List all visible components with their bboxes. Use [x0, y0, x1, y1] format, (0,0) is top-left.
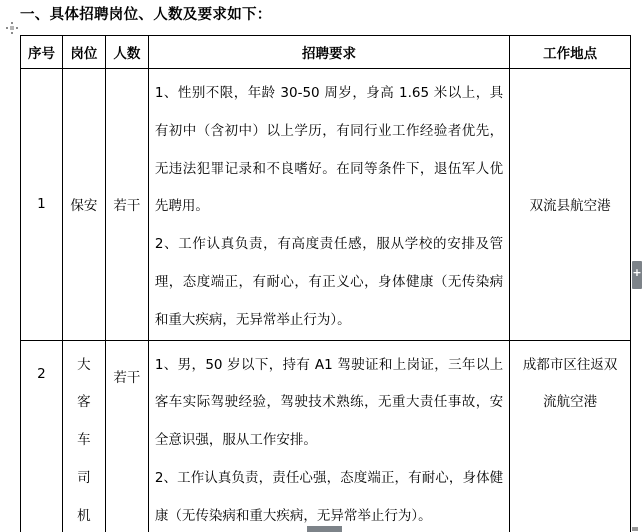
row-index: 1	[21, 69, 63, 341]
row-requirements: 1、性别不限，年龄 30-50 周岁，身高 1.65 米以上，具有初中（含初中）…	[148, 69, 509, 341]
header-index: 序号	[21, 36, 63, 69]
section-heading: 一、具体招聘岗位、人数及要求如下：	[20, 3, 272, 24]
plus-icon: +	[632, 266, 642, 280]
table-move-handle-icon[interactable]	[6, 22, 18, 34]
header-location: 工作地点	[510, 36, 631, 69]
header-requirements: 招聘要求	[148, 36, 509, 69]
add-row-button[interactable]	[307, 526, 342, 532]
row-position: 保安	[62, 69, 105, 341]
row-requirements: 1、男，50 岁以下，持有 A1 驾驶证和上岗证，三年以上客车实际驾驶经验，驾驶…	[148, 340, 509, 532]
row-count: 若干	[105, 69, 148, 341]
recruitment-table: 序号 岗位 人数 招聘要求 工作地点 1 保安 若干 1、性别不限，年龄 30-…	[20, 35, 631, 532]
table-row: 2 大客车司机 若干 1、男，50 岁以下，持有 A1 驾驶证和上岗证，三年以上…	[21, 340, 631, 532]
table-header-row: 序号 岗位 人数 招聘要求 工作地点	[21, 36, 631, 69]
table-row: 1 保安 若干 1、性别不限，年龄 30-50 周岁，身高 1.65 米以上，具…	[21, 69, 631, 341]
requirement-item: 2、工作认真负责，责任心强，态度端正，有耐心，身体健康（无传染病和重大疾病，无异…	[155, 460, 503, 532]
row-location: 双流县航空港	[510, 69, 631, 341]
row-index: 2	[21, 340, 63, 532]
row-location: 成都市区往返双流航空港	[510, 340, 631, 532]
requirement-item: 1、性别不限，年龄 30-50 周岁，身高 1.65 米以上，具有初中（含初中）…	[155, 75, 503, 226]
requirement-item: 2、工作认真负责，有高度责任感，服从学校的安排及管理，态度端正，有耐心，有正义心…	[155, 226, 503, 339]
header-position: 岗位	[62, 36, 105, 69]
row-position: 大客车司机	[62, 340, 105, 532]
add-column-button[interactable]: +	[632, 261, 642, 289]
header-count: 人数	[105, 36, 148, 69]
requirement-item: 1、男，50 岁以下，持有 A1 驾驶证和上岗证，三年以上客车实际驾驶经验，驾驶…	[155, 347, 503, 460]
row-count: 若干	[105, 340, 148, 532]
table-resize-handle-icon[interactable]	[632, 527, 638, 531]
